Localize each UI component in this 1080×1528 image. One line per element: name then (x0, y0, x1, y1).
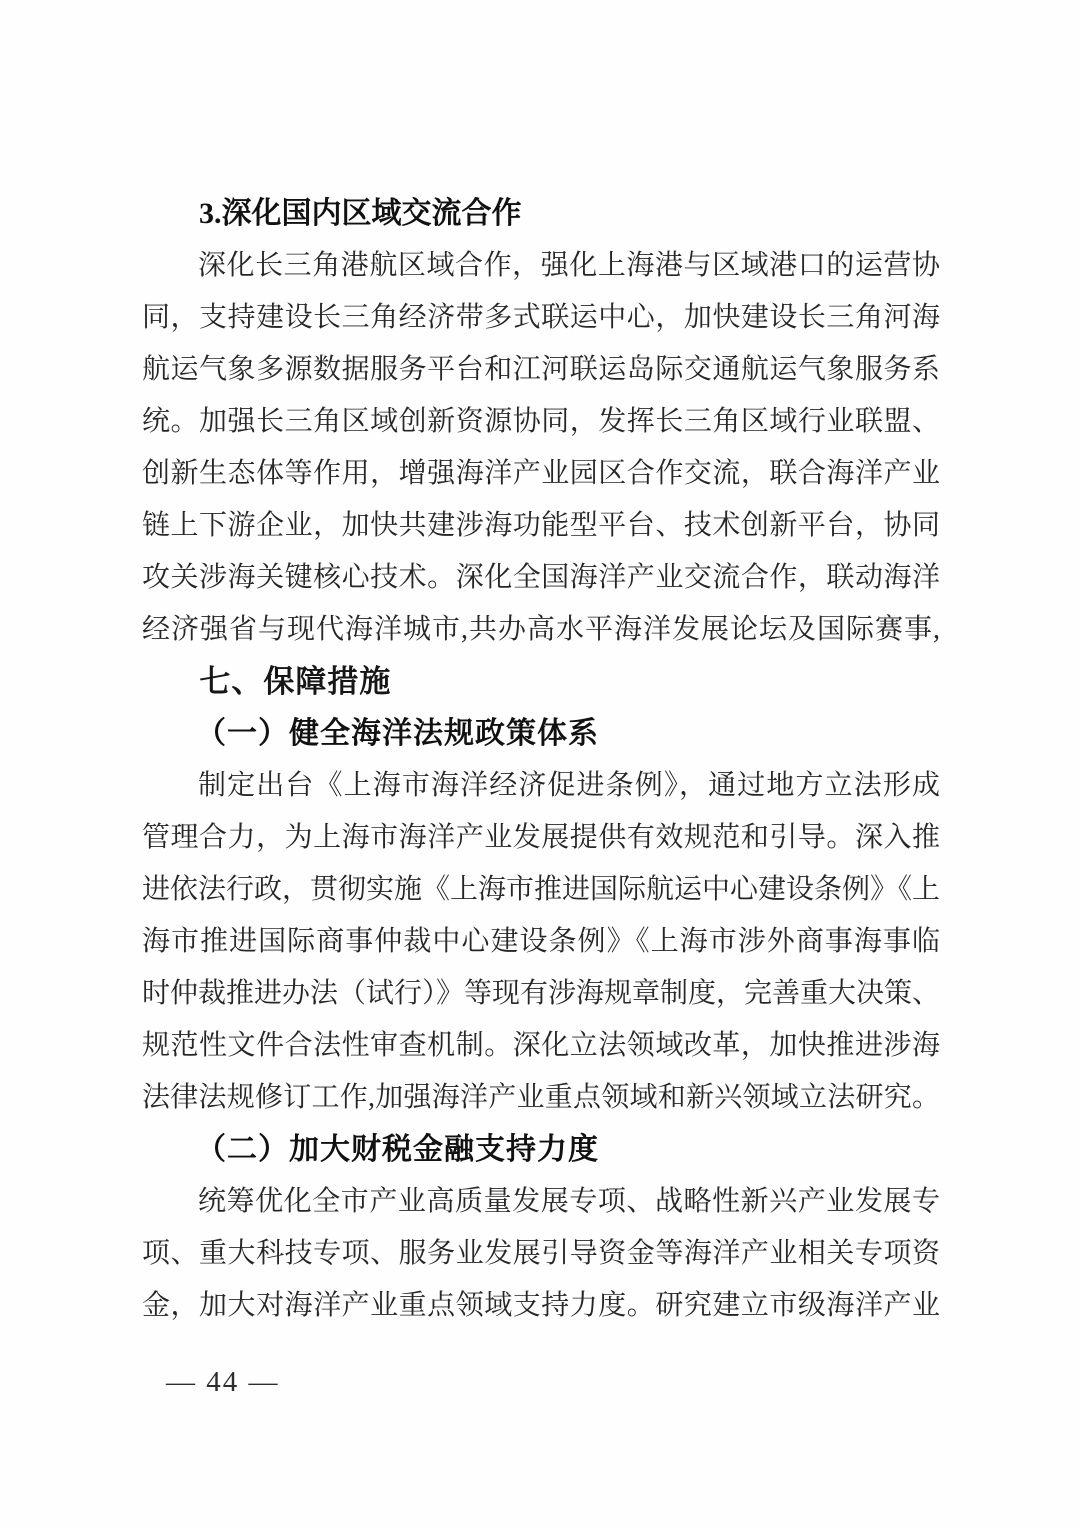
text-line: 攻关涉海关键核心技术。深化全国海洋产业交流合作，联动海洋 (142, 552, 940, 604)
paragraph-legal-system: 制定出台《上海市海洋经济促进条例》，通过地方立法形成 管理合力，为上海市海洋产业… (142, 760, 940, 1124)
text-line: 进依法行政，贯彻实施《上海市推进国际航运中心建设条例》《上 (142, 864, 940, 916)
text-line: 海市推进国际商事仲裁中心建设条例》《上海市涉外商事海事临 (142, 916, 940, 968)
document-page: 3.深化国内区域交流合作 深化长三角港航区域合作，强化上海港与区域港口的运营协 … (0, 0, 1080, 1528)
heading-subsection-3: 3.深化国内区域交流合作 (142, 188, 940, 240)
document-content: 3.深化国内区域交流合作 深化长三角港航区域合作，强化上海港与区域港口的运营协 … (142, 188, 940, 1332)
text-line: 制定出台《上海市海洋经济促进条例》，通过地方立法形成 (142, 760, 940, 812)
text-line: 法律法规修订工作,加强海洋产业重点领域和新兴领域立法研究。 (142, 1072, 940, 1124)
paragraph-regional-cooperation: 深化长三角港航区域合作，强化上海港与区域港口的运营协 同，支持建设长三角经济带多… (142, 240, 940, 656)
text-line: 深化长三角港航区域合作，强化上海港与区域港口的运营协 (142, 240, 940, 292)
text-line: 项、重大科技专项、服务业发展引导资金等海洋产业相关专项资 (142, 1228, 940, 1280)
text-line: 同，支持建设长三角经济带多式联运中心，加快建设长三角河海 (142, 292, 940, 344)
paragraph-fiscal-support: 统筹优化全市产业高质量发展专项、战略性新兴产业发展专 项、重大科技专项、服务业发… (142, 1176, 940, 1332)
heading-chapter-7: 七、保障措施 (142, 656, 940, 708)
text-line: 规范性文件合法性审查机制。深化立法领域改革，加快推进涉海 (142, 1020, 940, 1072)
text-line: 统。加强长三角区域创新资源协同，发挥长三角区域行业联盟、 (142, 396, 940, 448)
page-number: — 44 — (166, 1366, 280, 1399)
heading-item-2: （二）加大财税金融支持力度 (142, 1124, 940, 1176)
text-line: 经济强省与现代海洋城市,共办高水平海洋发展论坛及国际赛事, (142, 604, 940, 656)
text-line: 创新生态体等作用，增强海洋产业园区合作交流，联合海洋产业 (142, 448, 940, 500)
text-line: 链上下游企业，加快共建涉海功能型平台、技术创新平台，协同 (142, 500, 940, 552)
text-line: 金，加大对海洋产业重点领域支持力度。研究建立市级海洋产业 (142, 1280, 940, 1332)
text-line: 时仲裁推进办法（试行）》等现有涉海规章制度，完善重大决策、 (142, 968, 940, 1020)
text-line: 统筹优化全市产业高质量发展专项、战略性新兴产业发展专 (142, 1176, 940, 1228)
heading-item-1: （一）健全海洋法规政策体系 (142, 708, 940, 760)
text-line: 管理合力，为上海市海洋产业发展提供有效规范和引导。深入推 (142, 812, 940, 864)
text-line: 航运气象多源数据服务平台和江河联运岛际交通航运气象服务系 (142, 344, 940, 396)
